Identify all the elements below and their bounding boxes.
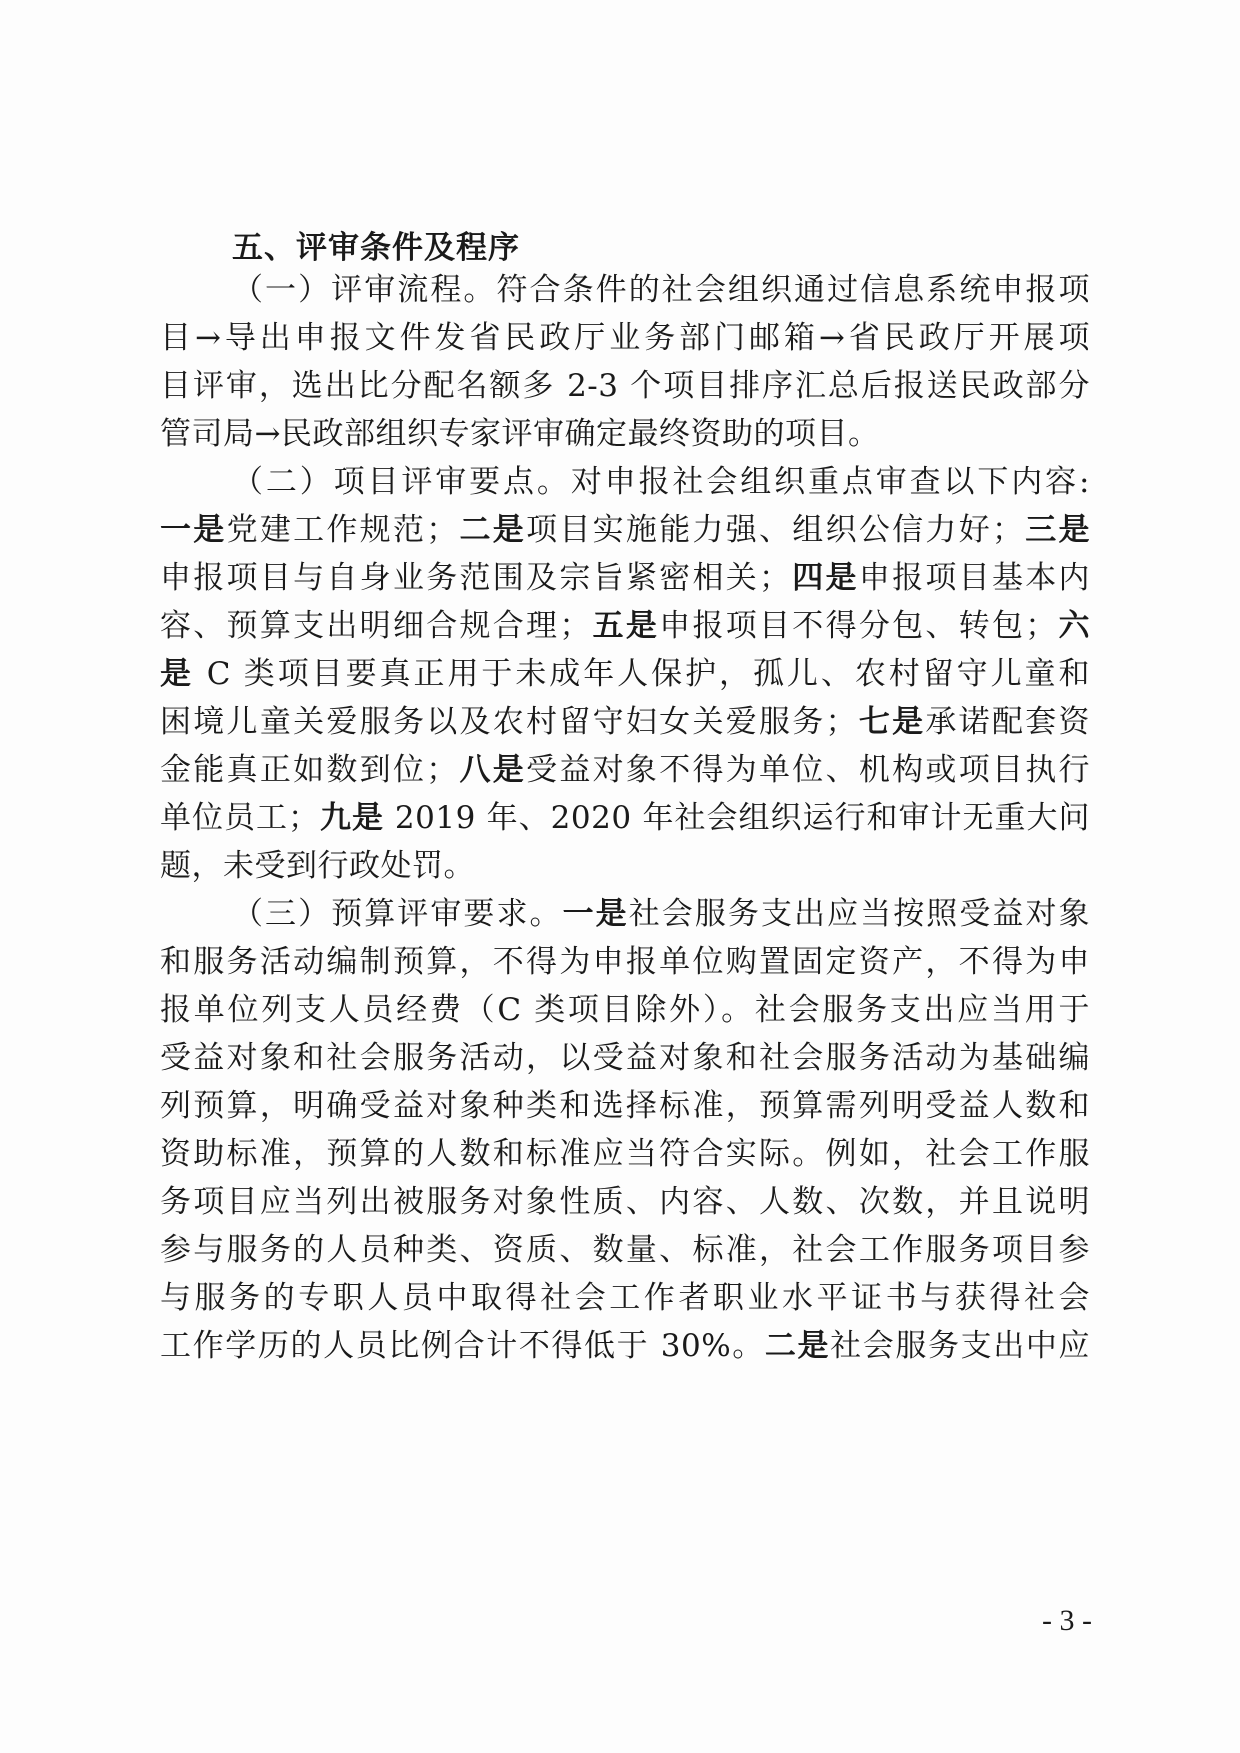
emphasis: 九是 [320,800,385,836]
text: 申报项目与自身业务范围及宗旨紧密相关； [160,560,791,596]
text: 项目实施能力强、组织公信力好； [526,512,1023,548]
text: 申报项目基本内 [859,560,1090,596]
paragraph-line: 题，未受到行政处罚。 [160,846,1090,886]
paragraph-line: 申报项目与自身业务范围及宗旨紧密相关；四是申报项目基本内 [160,558,1090,598]
paragraph-line: 单位员工；九是 2019 年、2020 年社会组织运行和审计无重大问 [160,798,1090,838]
section-heading: 五、评审条件及程序 [232,222,520,267]
paragraph-line: 目→导出申报文件发省民政厅业务部门邮箱→省民政厅开展项 [160,318,1090,358]
emphasis: 三是 [1023,512,1090,548]
paragraph-line: 报单位列支人员经费（C 类项目除外）。社会服务支出应当用于 [160,990,1090,1030]
text: 工作学历的人员比例合计不得低于 30%。 [160,1328,765,1364]
document-page: 五、评审条件及程序 （一）评审流程。符合条件的社会组织通过信息系统申报项 目→导… [0,0,1240,1753]
paragraph-line: （二）项目评审要点。对申报社会组织重点审查以下内容: [232,462,1090,502]
text: 承诺配套资 [925,704,1090,740]
paragraph-line: （一）评审流程。符合条件的社会组织通过信息系统申报项 [232,270,1090,310]
text: （三）预算评审要求。 [232,896,563,932]
paragraph-line: 与服务的专职人员中取得社会工作者职业水平证书与获得社会 [160,1278,1090,1318]
paragraph-line: 管司局→民政部组织专家评审确定最终资助的项目。 [160,414,1090,454]
emphasis: 四是 [791,560,859,596]
emphasis: 一是 [160,512,227,548]
paragraph-line: 参与服务的人员种类、资质、数量、标准，社会工作服务项目参 [160,1230,1090,1270]
paragraph-line: 容、预算支出明细合规合理；五是申报项目不得分包、转包；六 [160,606,1090,646]
text: 受益对象不得为单位、机构或项目执行 [526,752,1090,788]
emphasis: 八是 [458,752,526,788]
text: 申报项目不得分包、转包； [659,608,1057,644]
paragraph-line: 一是党建工作规范；二是项目实施能力强、组织公信力好；三是 [160,510,1090,550]
text: 党建工作规范； [227,512,458,548]
paragraph-line: 和服务活动编制预算，不得为申报单位购置固定资产，不得为申 [160,942,1090,982]
emphasis: 是 [160,656,194,692]
text: 困境儿童关爱服务以及农村留守妇女关爱服务； [160,704,857,740]
paragraph-line: 目评审，选出比分配名额多 2-3 个项目排序汇总后报送民政部分 [160,366,1090,406]
paragraph-line: （三）预算评审要求。一是社会服务支出应当按照受益对象 [232,894,1090,934]
paragraph-line: 受益对象和社会服务活动，以受益对象和社会服务活动为基础编 [160,1038,1090,1078]
paragraph-line: 资助标准，预算的人数和标准应当符合实际。例如，社会工作服 [160,1134,1090,1174]
emphasis: 二是 [765,1328,830,1364]
page-number: - 3 - [1042,1604,1092,1638]
text: 社会服务支出应当按照受益对象 [629,896,1090,932]
text: 金能真正如数到位； [160,752,458,788]
paragraph-line: 困境儿童关爱服务以及农村留守妇女关爱服务；七是承诺配套资 [160,702,1090,742]
paragraph-line: 列预算，明确受益对象种类和选择标准，预算需列明受益人数和 [160,1086,1090,1126]
emphasis: 二是 [458,512,526,548]
emphasis: 六 [1057,608,1090,644]
text: 容、预算支出明细合规合理； [160,608,591,644]
paragraph-line: 务项目应当列出被服务对象性质、内容、人数、次数，并且说明 [160,1182,1090,1222]
paragraph-line: 是 C 类项目要真正用于未成年人保护，孤儿、农村留守儿童和 [160,654,1090,694]
text: 社会服务支出中应 [830,1328,1090,1364]
emphasis: 一是 [563,896,629,932]
emphasis: 七是 [857,704,925,740]
text: C 类项目要真正用于未成年人保护，孤儿、农村留守儿童和 [194,656,1090,692]
emphasis: 五是 [591,608,659,644]
text: 单位员工； [160,800,320,836]
paragraph-line: 工作学历的人员比例合计不得低于 30%。二是社会服务支出中应 [160,1326,1090,1366]
paragraph-line: 金能真正如数到位；八是受益对象不得为单位、机构或项目执行 [160,750,1090,790]
text: 2019 年、2020 年社会组织运行和审计无重大问 [384,800,1090,836]
